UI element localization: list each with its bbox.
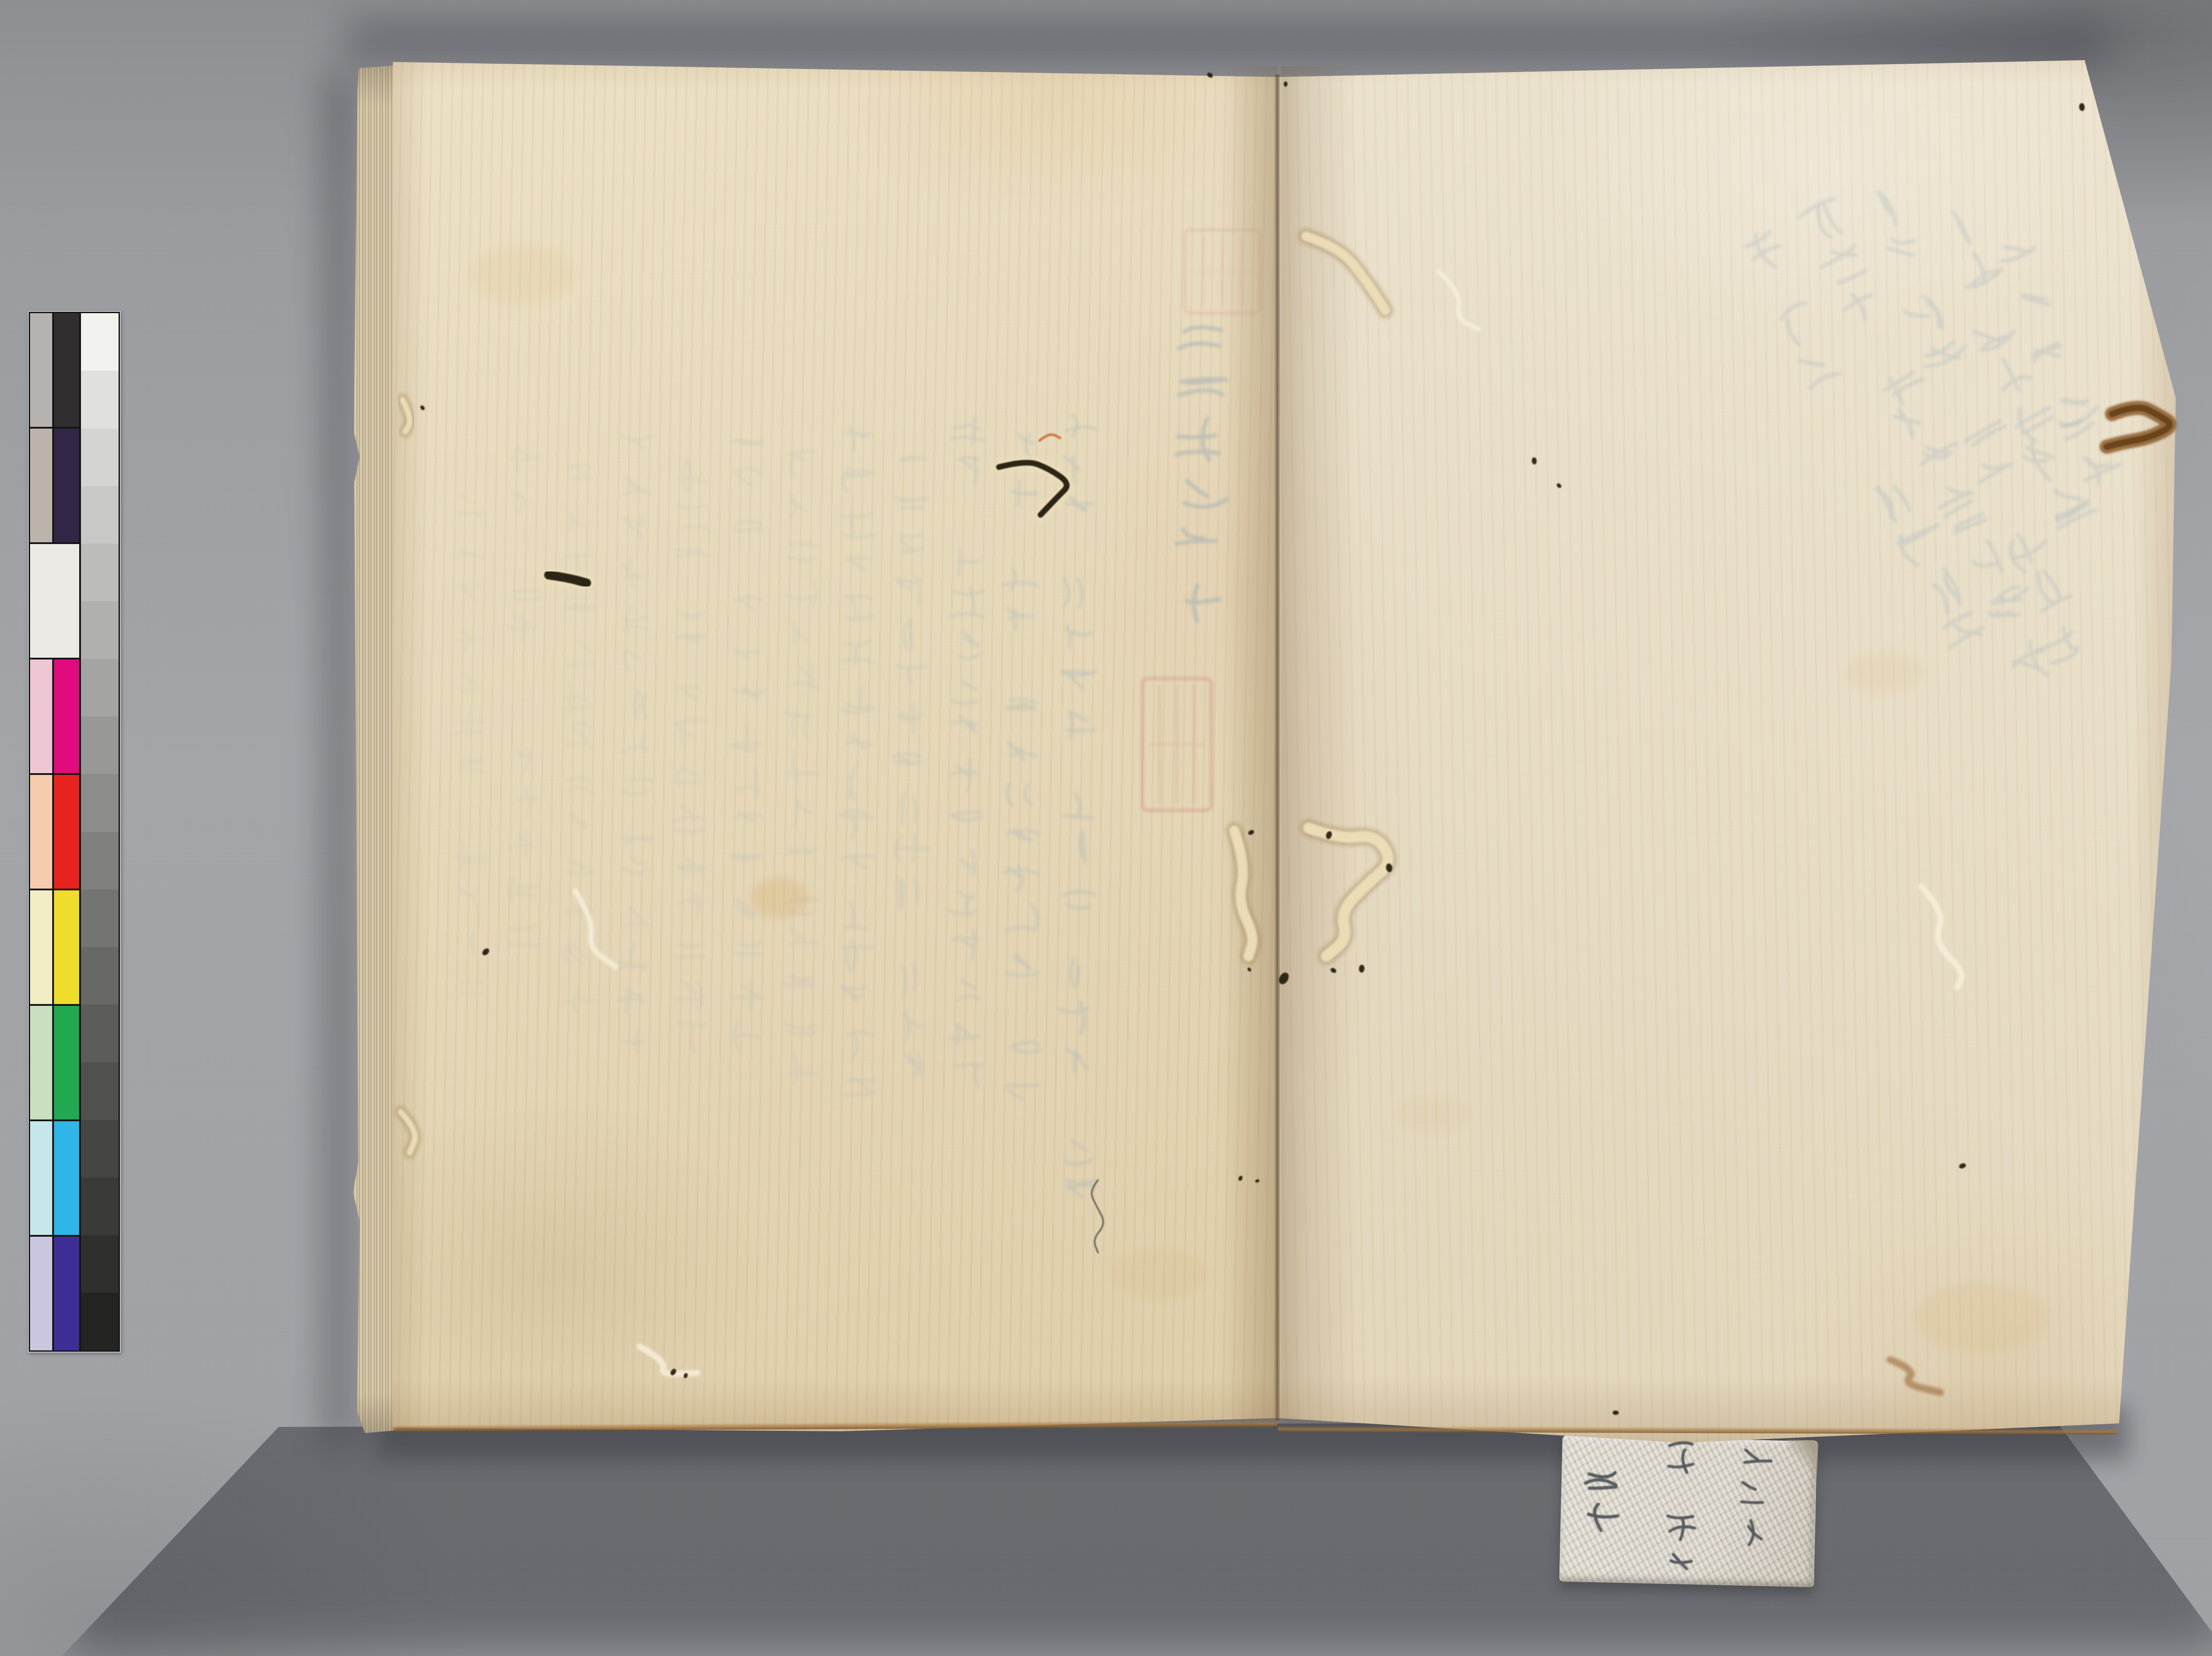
grayscale-step bbox=[81, 774, 119, 832]
grayscale-step bbox=[81, 544, 119, 601]
gutter-shading-right bbox=[1281, 66, 1356, 1422]
color-swatch-saturated bbox=[54, 1006, 79, 1119]
grayscale-step bbox=[81, 1293, 119, 1350]
grayscale-step bbox=[81, 659, 119, 717]
grayscale-step bbox=[81, 889, 119, 947]
color-swatch-saturated bbox=[54, 659, 79, 773]
color-swatch-saturated bbox=[54, 313, 79, 427]
recto-page bbox=[1278, 56, 2178, 1445]
color-swatch-pale bbox=[30, 1237, 52, 1350]
grayscale-step bbox=[81, 313, 119, 371]
gutter-shading-left bbox=[1225, 66, 1278, 1422]
color-swatch-pale bbox=[30, 1121, 52, 1235]
color-swatch-saturated bbox=[54, 775, 79, 889]
color-swatch-pale bbox=[30, 659, 52, 773]
color-calibration-bar bbox=[28, 311, 121, 1353]
color-swatch-pale bbox=[30, 313, 52, 427]
verso-page bbox=[393, 56, 1278, 1432]
color-swatch-pale bbox=[30, 429, 52, 542]
color-swatch-pale bbox=[30, 775, 52, 889]
grayscale-step-wedge bbox=[81, 313, 119, 1350]
color-swatch-pale bbox=[30, 1006, 52, 1119]
color-swatch-saturated bbox=[54, 890, 79, 1004]
binding-gutter bbox=[1274, 74, 1281, 1421]
grayscale-step bbox=[81, 371, 119, 428]
color-swatch-saturated bbox=[54, 429, 79, 542]
grayscale-step bbox=[81, 1177, 119, 1235]
photo-canvas bbox=[0, 0, 2212, 1656]
color-swatch-saturated bbox=[54, 1237, 79, 1350]
grayscale-step bbox=[81, 429, 119, 486]
grayscale-step bbox=[81, 1120, 119, 1177]
grayscale-step bbox=[81, 1004, 119, 1062]
grayscale-step bbox=[81, 486, 119, 544]
color-swatch-white bbox=[30, 544, 79, 658]
book-spread bbox=[0, 0, 2212, 1656]
grayscale-step bbox=[81, 832, 119, 889]
color-swatch-saturated bbox=[54, 1121, 79, 1235]
grayscale-step bbox=[81, 1235, 119, 1293]
grayscale-step bbox=[81, 601, 119, 659]
grayscale-step bbox=[81, 717, 119, 774]
page-stack-fore-edge bbox=[352, 65, 396, 1433]
color-swatch-pale bbox=[30, 890, 52, 1004]
grayscale-step bbox=[81, 1062, 119, 1120]
grayscale-step bbox=[81, 947, 119, 1004]
